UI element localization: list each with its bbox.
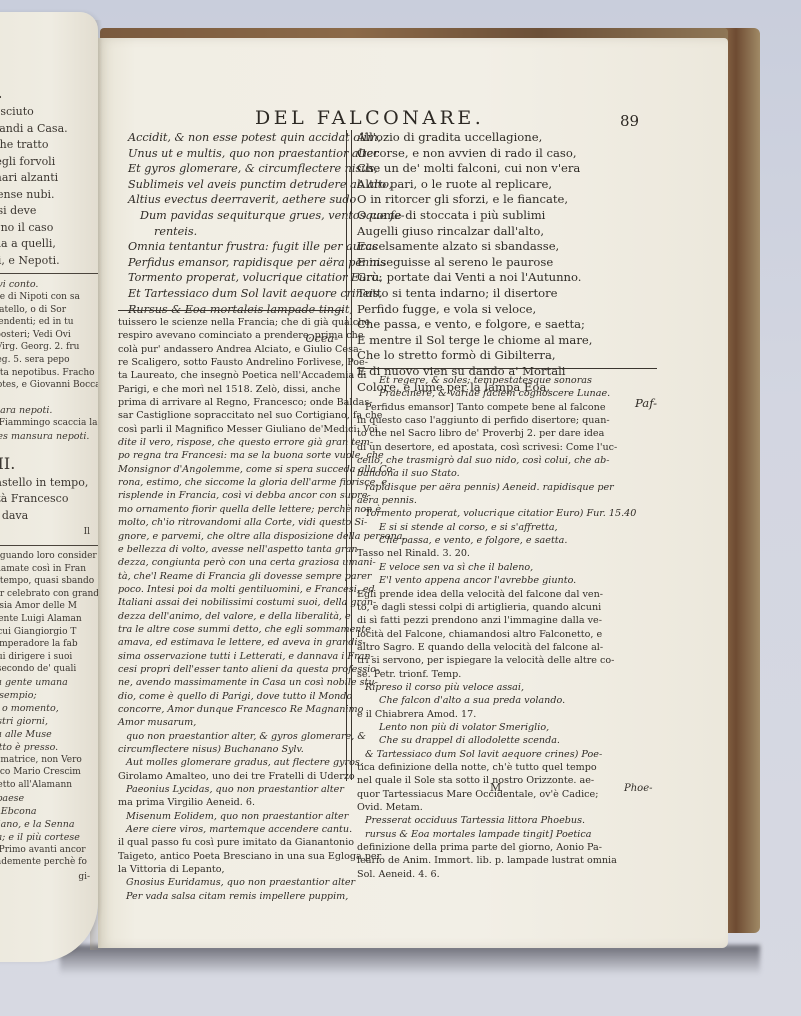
note-line: di sì fatti pezzi prendono anzi l'immagi…	[357, 614, 657, 627]
note-line: ta Laureato, che insegnò Poetica nell'Ac…	[118, 369, 344, 382]
note-line: Per vada salsa citam remis impellere pup…	[118, 890, 344, 903]
text-line: , ed Ebcona	[0, 805, 98, 818]
note-line: Ripreso il corso più veloce assai,	[357, 681, 657, 694]
note-line: in questo caso l'aggiunto di perfido dis…	[357, 414, 657, 427]
page-number: 89	[620, 112, 639, 130]
note-line: se. Petr. trionf. Temp.	[357, 668, 657, 681]
verse-line: Eccelsamente alzato si sbandasse,	[357, 239, 657, 255]
catchword: Phoe-	[624, 783, 653, 794]
note-line: sar Castiglione sopraccitato nel suo Cor…	[118, 409, 344, 422]
verse-line: Augelli giuso rincalzar dall'alto,	[357, 224, 657, 240]
note-line: sima osservazione tutti i Letterati, e d…	[118, 650, 344, 663]
verse-line: E mentre il Sol terge le chiome al mare,	[357, 333, 657, 349]
text-line: discendenti; ed in tu	[0, 316, 98, 329]
text-line: p.	[0, 392, 98, 405]
note-line: dite il vero, rispose, che questo errore…	[118, 436, 344, 449]
note-line: nel quale il Sole sta sotto il nostro Or…	[357, 774, 657, 787]
note-line: rursus & Eoa mortales lampade tingit] Po…	[357, 828, 657, 841]
text-line: asseguando loro consider	[0, 550, 98, 563]
note-line: così parli il Magnifico Messer Giuliano …	[118, 423, 344, 436]
text-line: degno il caso	[0, 220, 98, 237]
text-line: A.	[0, 82, 98, 104]
text-line: ora, o momento,	[0, 702, 98, 715]
text-line: ia clara nepoti.	[0, 404, 98, 417]
note-line: molto, ch'io ritrovandomi alla Corte, vi…	[118, 516, 344, 529]
text-line: nepotes, e Giovanni Bocca	[0, 379, 98, 392]
note-line: poco. Intesi poi da molti gentiluomini, …	[118, 583, 344, 596]
note-line: amava, ed estimava le lettere, ed aveva …	[118, 636, 344, 649]
text-line: l Castello in tempo,	[0, 475, 98, 492]
note-line: respiro avevano cominciato a prendere, p…	[118, 329, 344, 342]
note-line: mo ornamento fiorir quella delle lettere…	[118, 503, 344, 516]
note-line: ma prima Virgilio Aeneid. 6.	[118, 796, 344, 809]
note-line: definizione della prima parte del giorno…	[357, 841, 657, 854]
text-line: da lui dirigere i suoi	[0, 651, 98, 664]
verse-line: Occorse, e non avvien di rado il caso,	[357, 146, 657, 162]
left-page-fragment: A.onosciutorimandi a Casa.e, che trattor…	[0, 12, 98, 962]
note-line: prima di arrivare al Regno, Francesco; o…	[118, 396, 344, 409]
note-line: Monsignor d'Angolemme, come si spera suc…	[118, 463, 344, 476]
note-line: Taigeto, antico Poeta Bresciano in una s…	[118, 850, 344, 863]
text-line: tto Imperadore la fab	[0, 638, 98, 651]
text-line: nel secondo de' quali	[0, 663, 98, 676]
verse-line: Che passa, e vento, e folgore, e saetta;	[357, 317, 657, 333]
note-line: Paeonius Lycidas, quo non praestantior a…	[118, 783, 344, 796]
note-line: altro Sagro. E quando della velocità del…	[357, 641, 657, 654]
note-line: re Scaligero, sotto Fausto Andrelino For…	[118, 356, 344, 369]
note-line: cesi propri dell'esser tanto alieni da q…	[118, 663, 344, 676]
text-line: Il	[0, 524, 90, 541]
text-line: rimandi a Casa.	[0, 121, 98, 138]
text-line: ra egli forvoli	[0, 154, 98, 171]
verse-line: Perfido fugge, e vola si veloce,	[357, 302, 657, 318]
text-line: ti i posteri; Vedi Ovi	[0, 329, 98, 342]
note-line: Gnosius Euridamus, quo non praestantior …	[118, 876, 344, 889]
verse-line: Che lo stretto formò di Gibilterra,	[357, 348, 657, 364]
text-line: Città Francesco	[0, 491, 98, 508]
note-line: E si si stende al corso, e si s'affretta…	[357, 521, 657, 534]
note-line: to, e dagli stessi colpi di artiglieria,…	[357, 601, 657, 614]
verse-line: O in ritorcer gli sforzi, e le fiancate,	[357, 192, 657, 208]
note-line: il qual passo fu così pure imitato da Gi…	[118, 836, 344, 849]
verse-line: Altro pari, o le ruote al replicare,	[357, 177, 657, 193]
note-line: tica definizione della notte, ch'è tutto…	[357, 761, 657, 774]
note-line: E veloce sen va sì che il baleno,	[357, 561, 657, 574]
text-line: gi-	[0, 869, 90, 886]
verse-line: Grù, portate dai Venti a noi l'Autunno.	[357, 270, 657, 286]
text-line: ar la gente umana	[0, 676, 98, 689]
note-line: quo non praestantior alter, & gyros glom…	[118, 730, 344, 743]
text-line: figli, e Nepoti.	[0, 253, 98, 270]
text-line: era dava	[0, 508, 98, 525]
text-line: s l'esempio;	[0, 689, 98, 702]
note-line: tuissero le scienze nella Francia; che d…	[118, 316, 344, 329]
note-line: Italiani assai dei nobilissimi costumi s…	[118, 596, 344, 609]
note-line: Aere ciere viros, martemque accendere ca…	[118, 823, 344, 836]
note-line: Tormento properat, volucrique citatior E…	[357, 507, 657, 520]
text-line: VII.	[0, 453, 98, 475]
text-line: nome di Nipoti con sa	[0, 291, 98, 304]
note-line: Et regere, & soles; tempestatesque sonor…	[357, 374, 657, 387]
text-line: e dense nubi.	[0, 187, 98, 204]
note-line: concorre, Amor dunque Francesco Re Magna…	[118, 703, 344, 716]
text-rule	[0, 545, 98, 546]
text-line: rio paese	[0, 792, 98, 805]
text-line: , in cui Giangiorgio T	[0, 626, 98, 639]
note-line: & Tartessiaco dum Sol lavit aequore crin…	[357, 748, 657, 761]
note-line: dio, come è quello di Parigi, dove tutto…	[118, 690, 344, 703]
italian-verse-column: All'ozio di gradita uccellagione,Occorse…	[357, 130, 657, 412]
verse-line: Tutto si tenta indarno; il disertore	[357, 286, 657, 302]
note-line: Misenum Eolidem, quo non praestantior al…	[118, 810, 344, 823]
column-rule	[346, 130, 347, 300]
text-line: grandemente perchè fo	[0, 856, 98, 869]
text-line: Sonetto all'Alamann	[0, 779, 98, 792]
note-line: colà pur' andassero Andrea Alciato, e Gi…	[118, 343, 344, 356]
note-line: Che falcon d'alto a sua preda volando.	[357, 694, 657, 707]
text-line: pur Fiammingo scaccia la	[0, 417, 98, 430]
text-rule	[0, 273, 98, 274]
note-line: Che passa, e vento, e folgore, e saetta.	[357, 534, 657, 547]
note-line: Aut molles glomerare gradus, aut flecter…	[118, 756, 344, 769]
text-line: mi si deve	[0, 203, 98, 220]
text-line: vova; e il più cortese	[0, 831, 98, 844]
note-line: dezza, congiunta però con una certa graz…	[118, 556, 344, 569]
text-line: i vostri giorni,	[0, 715, 98, 728]
note-line: risplende in Francia, così vi debba anco…	[118, 489, 344, 502]
note-line: to che nel Sacro libro de' Proverbj 2. p…	[357, 427, 657, 440]
note-line: Perfidus emansor] Tanto compete bene al …	[357, 401, 657, 414]
note-line: po regna tra Francesi: ma se la buona so…	[118, 449, 344, 462]
note-line: rapidisque per aëra pennis) Aeneid. rapi…	[357, 481, 657, 494]
note-line: quor Tartessiacus Mare Occidentale, ov'è…	[357, 788, 657, 801]
note-line: Tasso nel Rinald. 3. 20.	[357, 547, 657, 560]
note-line: gnore, e parvemi, che oltre alla disposi…	[118, 530, 344, 543]
footnotes-left-column: tuissero le scienze nella Francia; che d…	[118, 316, 344, 903]
note-line: Girolamo Amalteo, uno dei tre Fratelli d…	[118, 770, 344, 783]
note-line: e il Chiabrera Amod. 17.	[357, 708, 657, 721]
note-line: Praecinere, & variae faciem cognoscere L…	[357, 387, 657, 400]
text-line: ti mari alzanti	[0, 170, 98, 187]
note-line: tra le altre cose summi detto, che egli …	[118, 623, 344, 636]
book-shadow	[60, 945, 760, 975]
note-line: E'l vento appena ancor l'avrebbe giunto.	[357, 574, 657, 587]
note-line: tà, che'l Reame di Francia gli dovesse s…	[118, 570, 344, 583]
text-line: e, che tratto	[0, 137, 98, 154]
verse-line: Che un de' molti falconi, cui non v'era	[357, 161, 657, 177]
note-line: Parigi, e che morì nel 1518. Zelò, dissi…	[118, 383, 344, 396]
note-line: Egli prende idea della velocità del falc…	[357, 588, 657, 601]
notes-divider-left	[118, 310, 344, 311]
text-line: onosciuto	[0, 104, 98, 121]
note-line: di un desertore, ed apostata, così scriv…	[357, 441, 657, 454]
note-line: e bellezza di volto, avesse nell'aspetto…	[118, 543, 344, 556]
text-line: o eleg. 5. sera pepo	[0, 354, 98, 367]
note-line: Che su drappel di allodolette scenda.	[357, 734, 657, 747]
running-head: DEL FALCONARE.	[255, 107, 484, 129]
text-line: armente Luigi Alaman	[0, 613, 98, 626]
footnotes-right-column: Et regere, & soles; tempestatesque sonor…	[357, 374, 657, 881]
note-line: locità del Falcone, chiamandosi altro Fa…	[357, 628, 657, 641]
text-line: a Romatrice, non Vero	[0, 754, 98, 767]
note-line: Presserat occiduus Tartessia littora Pho…	[357, 814, 657, 827]
note-line: aëra pennis.	[357, 494, 657, 507]
note-line: cello, che trasmigrò dal suo nido, così …	[357, 454, 657, 467]
note-line: ne, avendo massimamente in Casa un così …	[118, 676, 344, 689]
text-line: di fratello, o di Sor	[0, 304, 98, 317]
text-line: , ora alle Muse	[0, 728, 98, 741]
text-line: ignota nepotibus. Fracho	[0, 367, 98, 380]
verse-line: All'ozio di gradita uccellagione,	[357, 130, 657, 146]
verse-line: E inseguisse al sereno le paurose	[357, 255, 657, 271]
text-line: l'io vi conto.	[0, 278, 98, 291]
text-line: eco Primo avanti ancor	[0, 844, 98, 857]
text-line: fama a quelli,	[0, 236, 98, 253]
notes-divider-right	[357, 368, 657, 369]
note-line: Sol. Aeneid. 4. 6.	[357, 868, 657, 881]
note-line: circumflectere nisus) Buchanano Sylv.	[118, 743, 344, 756]
verse-line: O come di stoccata i più sublimi	[357, 208, 657, 224]
text-line: esser celebrato con grand'	[0, 588, 98, 601]
text-line: ngo tempo, quasi sbando	[0, 575, 98, 588]
note-line: la Vittoria di Lepanto,	[118, 863, 344, 876]
text-line: richiamate così in Fran	[0, 563, 98, 576]
note-line: dezza dell'animo, del valore, e della li…	[118, 610, 344, 623]
text-line: es; Virg. Georg. 2. fru	[0, 341, 98, 354]
note-line: tri si servono, per ispiegare la velocit…	[357, 654, 657, 667]
left-page-text: A.onosciutorimandi a Casa.e, che trattor…	[0, 12, 98, 885]
note-line: Amor musarum,	[118, 716, 344, 729]
note-line: Ovid. Metam.	[357, 801, 657, 814]
note-line: rona, estimo, che siccome la gloria dell…	[118, 476, 344, 489]
note-line: leario de Anim. Immort. lib. p. lampade …	[357, 854, 657, 867]
text-line: nonico Mario Crescim	[0, 766, 98, 779]
note-line: bandona il suo Stato.	[357, 467, 657, 480]
note-line: Lento non più di volator Smeriglio,	[357, 721, 657, 734]
text-line: Ceres mansura nepoti.	[0, 430, 98, 443]
signature-mark: M	[490, 781, 501, 794]
text-line: e, o sia Amor delle M	[0, 600, 98, 613]
text-line: Eridano, e la Senna	[0, 818, 98, 831]
text-line: a tutto è presso.	[0, 741, 98, 754]
